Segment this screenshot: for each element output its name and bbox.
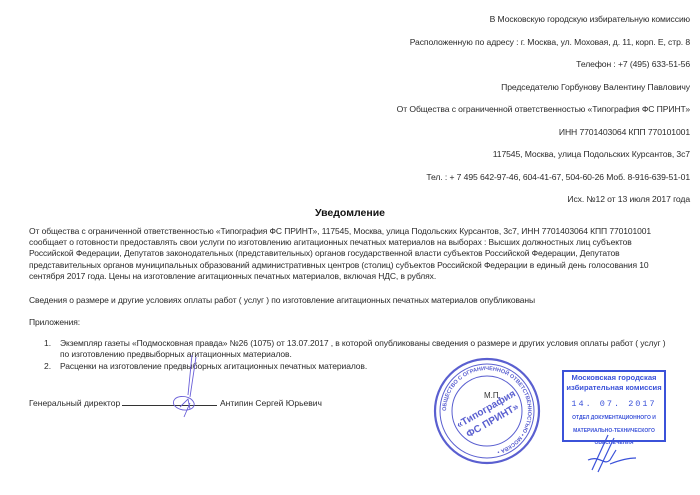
body-line: сентября 2017 года. Цены на изготовление… [29, 271, 679, 282]
stamp-org-line1: Московская городская [564, 374, 664, 382]
header-phone: Телефон : +7 (495) 633-51-56 [576, 59, 690, 69]
body-line: представительных органов муниципальных о… [29, 260, 679, 271]
company-seal-icon: ОБЩЕСТВО С ОГРАНИЧЕННОЙ ОТВЕТСТВЕННОСТЬЮ… [432, 356, 542, 466]
body-line: сообщает о готовности предоставлять свои… [29, 237, 679, 248]
stamp-org-line2: избирательная комиссия [564, 384, 664, 392]
body-line: От общества с ограниченной ответственнос… [29, 226, 679, 237]
body-line: Российской Федерации, Депутатов законода… [29, 248, 679, 259]
attachment-text: по изготовлению предвыборных агитационны… [60, 349, 680, 360]
signatory-name: Антипин Сергей Юрьевич [220, 398, 322, 408]
header-sender-address: 117545, Москва, улица Подольских Курсант… [493, 149, 690, 159]
attachment-text: Экземпляр газеты «Подмосковная правда» №… [60, 338, 680, 349]
info-line: Сведения о размере и другие условиях опл… [29, 295, 679, 306]
attachment-item: Экземпляр газеты «Подмосковная правда» №… [60, 338, 680, 360]
stamp-dept-line1: ОТДЕЛ ДОКУМЕНТАЦИОННОГО И [564, 416, 664, 422]
header-chairman: Председателю Горбунову Валентину Павлови… [501, 82, 690, 92]
header-sender-phone: Тел. : + 7 495 642-97-46, 604-41-67, 504… [426, 172, 690, 182]
header-address: Расположенную по адресу : г. Москва, ул.… [410, 37, 690, 47]
header-inn: ИНН 7701403064 КПП 770101001 [559, 127, 690, 137]
stamp-date: 14. 07. 2017 [564, 399, 664, 409]
handwritten-signature-icon [160, 355, 210, 420]
signatory-position: Генеральный директор [29, 398, 120, 408]
body-paragraph: От общества с ограниченной ответственнос… [29, 226, 679, 282]
document-title: Уведомление [0, 207, 700, 219]
header-outgoing-number: Исх. №12 от 13 июля 2017 года [567, 194, 690, 204]
attachments-label: Приложения: [29, 317, 679, 328]
attachment-number: 1. [44, 338, 51, 348]
attachment-number: 2. [44, 361, 51, 371]
receipt-signature-icon [580, 430, 640, 475]
header-addressee: В Московскую городскую избирательную ком… [490, 14, 690, 24]
header-sender: От Общества с ограниченной ответственнос… [397, 104, 690, 114]
